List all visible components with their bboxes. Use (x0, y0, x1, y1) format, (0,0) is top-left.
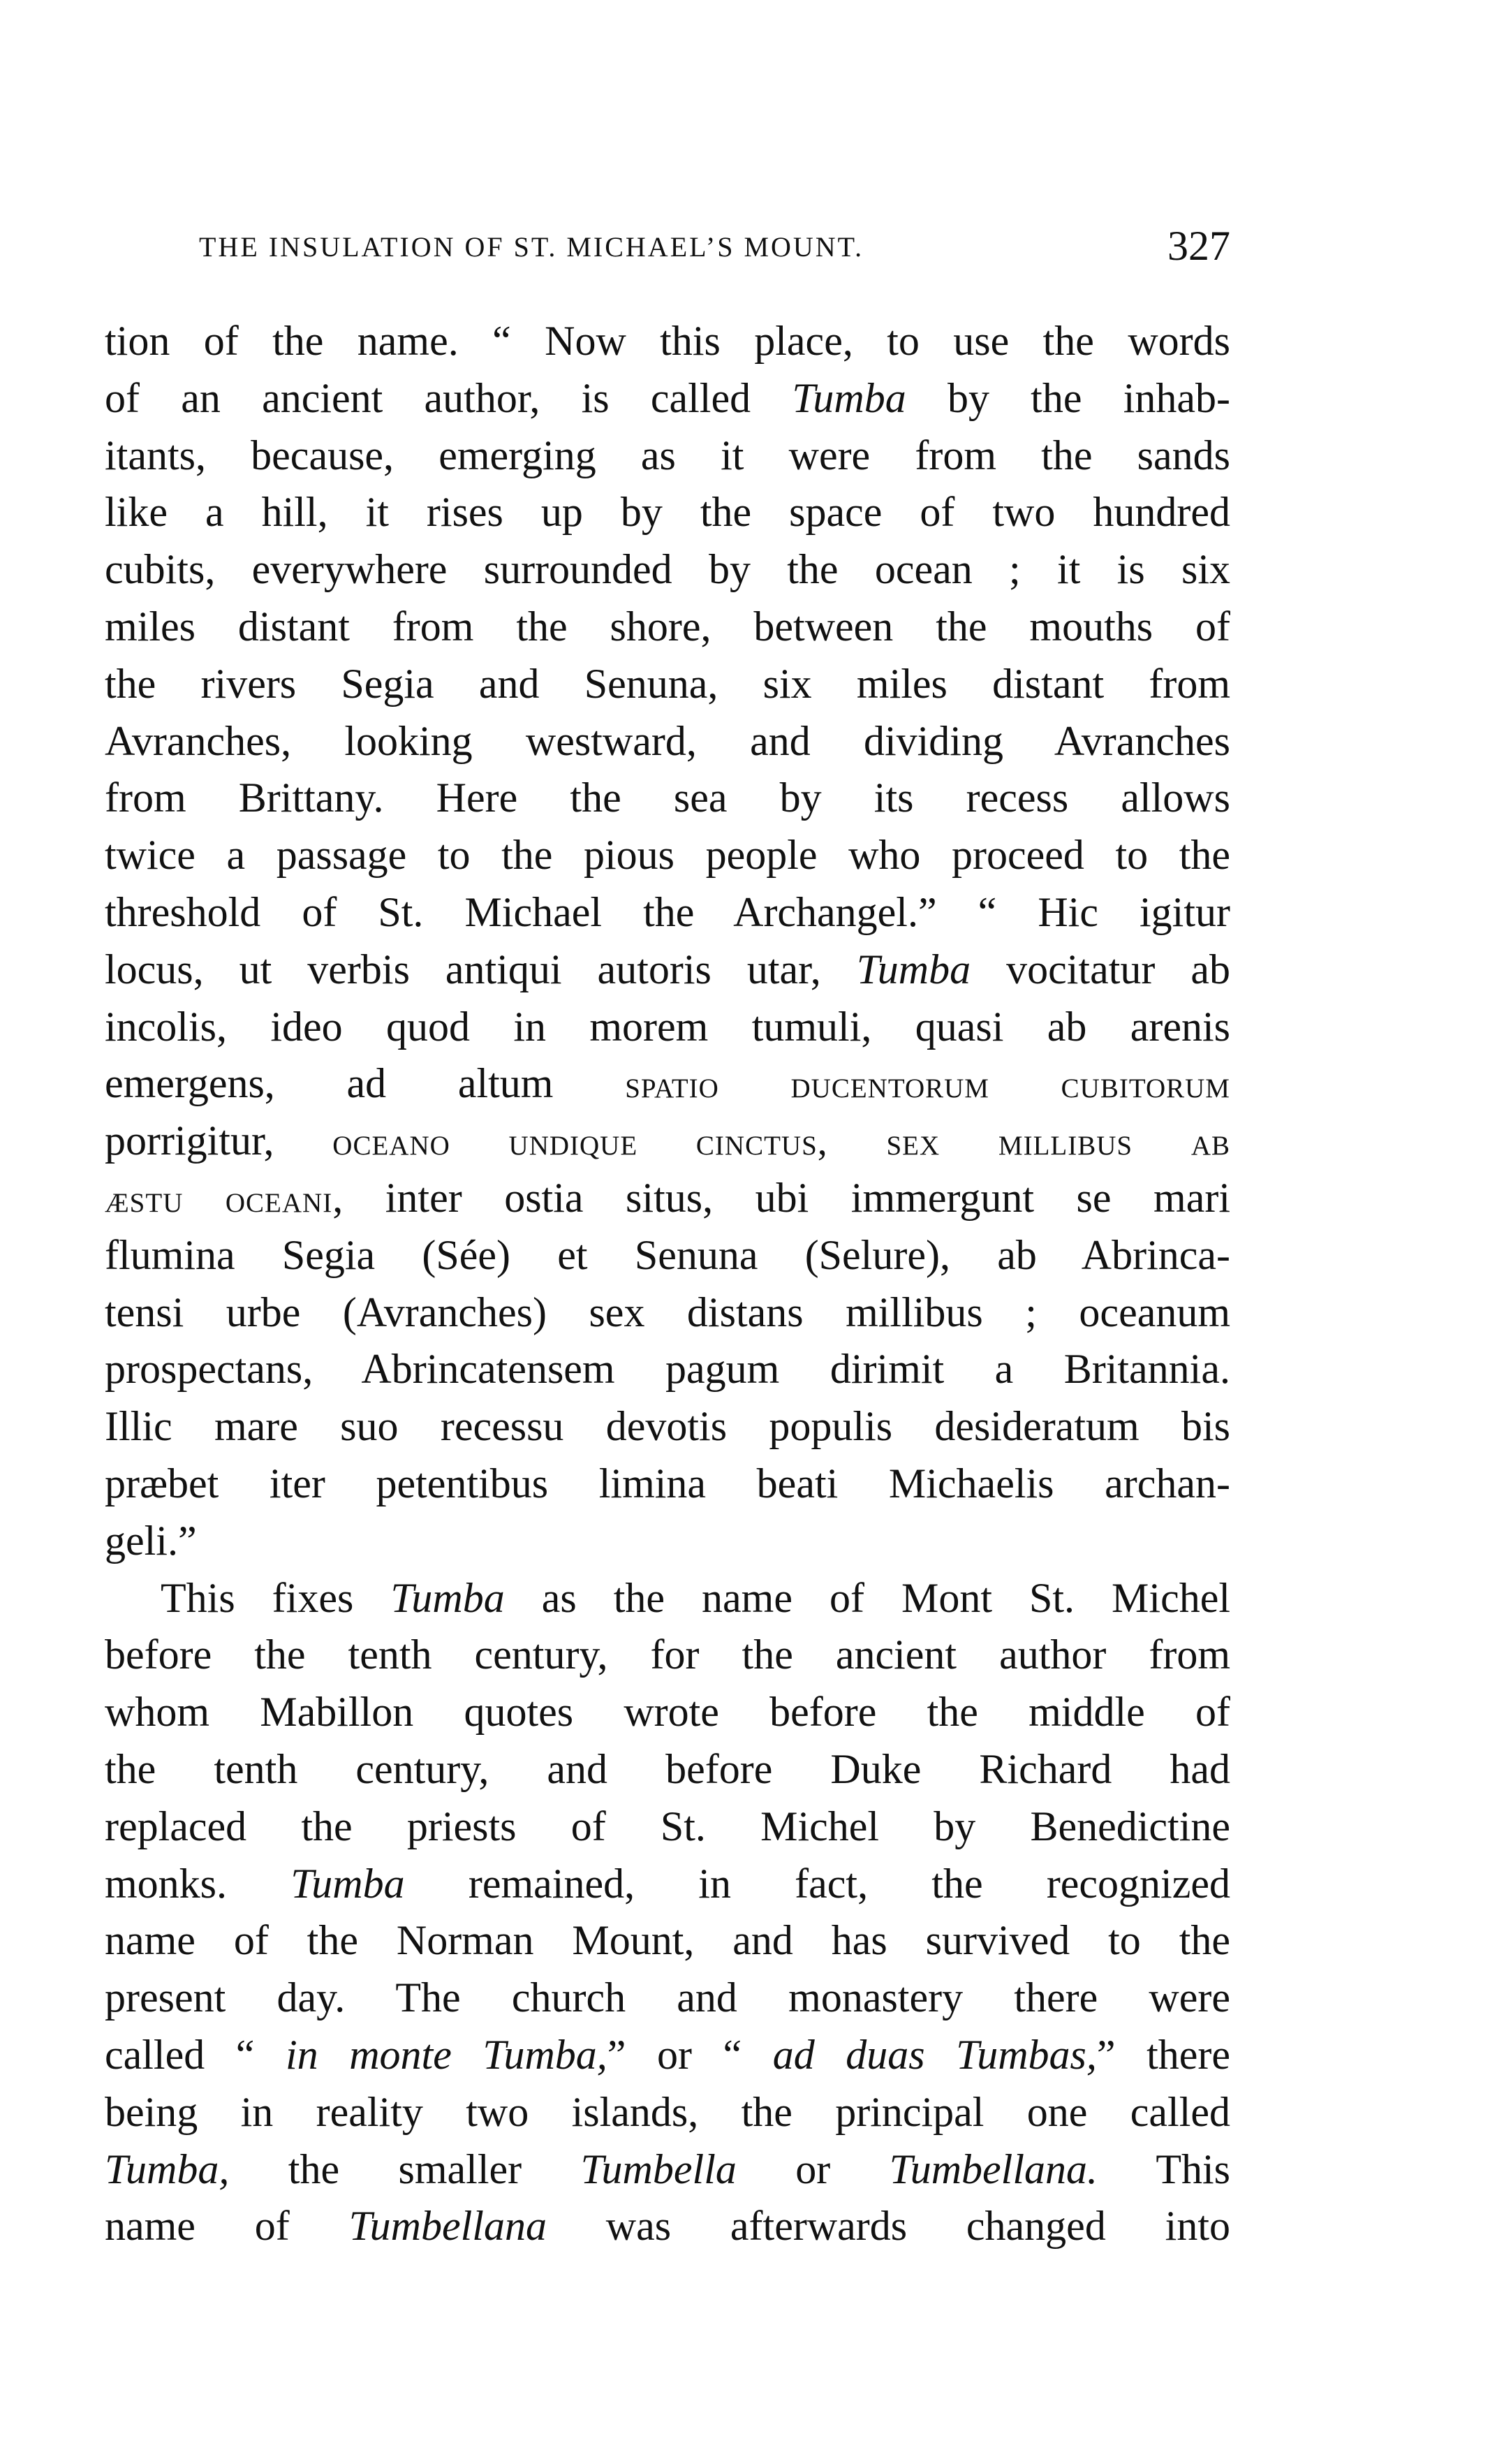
text-line: Avranches, looking westward, and dividin… (105, 713, 1230, 770)
text-line: present day. The church and monastery th… (105, 1970, 1230, 2027)
body-text: tion of the name. “ Now this place, to u… (105, 313, 1230, 2255)
text-line: of an ancient author, is called Tumba by… (105, 370, 1230, 427)
text-line: geli.” (105, 1513, 1230, 1570)
text-line: twice a passage to the pious people who … (105, 827, 1230, 884)
italic-term: Tumba (792, 375, 906, 421)
small-caps-text: oceano undique cinctus, sex millibus ab (332, 1120, 1230, 1164)
italic-term: in monte Tumba, (286, 2032, 607, 2078)
italic-term: Tumba (857, 946, 971, 992)
text-line: æstu oceani, inter ostia situs, ubi imme… (105, 1170, 1230, 1227)
text-line: locus, ut verbis antiqui autoris utar, T… (105, 941, 1230, 999)
text-line: porrigitur, oceano undique cinctus, sex … (105, 1113, 1230, 1170)
text-line: like a hill, it rises up by the space of… (105, 484, 1230, 541)
text-line: replaced the priests of St. Michel by Be… (105, 1798, 1230, 1856)
italic-term: Tumba, (105, 2146, 229, 2192)
italic-term: Tumba (390, 1575, 504, 1621)
text-line: præbet iter petentibus limina beati Mich… (105, 1455, 1230, 1513)
text-line: This fixes Tumba as the name of Mont St.… (105, 1570, 1230, 1627)
small-caps-text: æstu oceani (105, 1178, 332, 1221)
text-line: name of Tumbellana was afterwards change… (105, 2198, 1230, 2255)
text-line: incolis, ideo quod in morem tumuli, quas… (105, 999, 1230, 1056)
italic-term: Tumbellana. (890, 2146, 1098, 2192)
text-line: called “ in monte Tumba,” or “ ad duas T… (105, 2027, 1230, 2084)
text-line: name of the Norman Mount, and has surviv… (105, 1912, 1230, 1970)
text-line: emergens, ad altum spatio ducentorum cub… (105, 1055, 1230, 1113)
text-line: the tenth century, and before Duke Richa… (105, 1741, 1230, 1798)
page-number: 327 (1167, 222, 1230, 270)
text-line: Tumba, the smaller Tumbella or Tumbellan… (105, 2141, 1230, 2199)
text-line: cubits, everywhere surrounded by the oce… (105, 541, 1230, 599)
text-line: flumina Segia (Sée) et Senuna (Selure), … (105, 1227, 1230, 1284)
text-line: from Brittany. Here the sea by its reces… (105, 770, 1230, 827)
running-header: THE INSULATION OF ST. MICHAEL’S MOUNT. 3… (105, 222, 1230, 271)
text-line: tensi urbe (Avranches) sex distans milli… (105, 1284, 1230, 1342)
italic-term: Tumbella (581, 2146, 737, 2192)
italic-term: ad duas Tumbas, (773, 2032, 1097, 2078)
text-line: the rivers Segia and Senuna, six miles d… (105, 656, 1230, 713)
text-line: miles distant from the shore, between th… (105, 599, 1230, 656)
running-title: THE INSULATION OF ST. MICHAEL’S MOUNT. (199, 230, 864, 263)
text-line: being in reality two islands, the princi… (105, 2084, 1230, 2141)
text-line: monks. Tumba remained, in fact, the reco… (105, 1856, 1230, 1913)
text-line: tion of the name. “ Now this place, to u… (105, 313, 1230, 370)
text-line: before the tenth century, for the ancien… (105, 1627, 1230, 1684)
italic-term: Tumba (290, 1861, 404, 1907)
italic-term: Tumbellana (349, 2203, 547, 2249)
text-line: prospectans, Abrincatensem pagum dirimit… (105, 1341, 1230, 1398)
text-line: Illic mare suo recessu devotis populis d… (105, 1398, 1230, 1455)
small-caps-text: spatio ducentorum cubitorum (625, 1063, 1230, 1106)
text-line: threshold of St. Michael the Archangel.”… (105, 884, 1230, 941)
text-line: whom Mabillon quotes wrote before the mi… (105, 1684, 1230, 1741)
text-line: itants, because, emerging as it were fro… (105, 427, 1230, 485)
